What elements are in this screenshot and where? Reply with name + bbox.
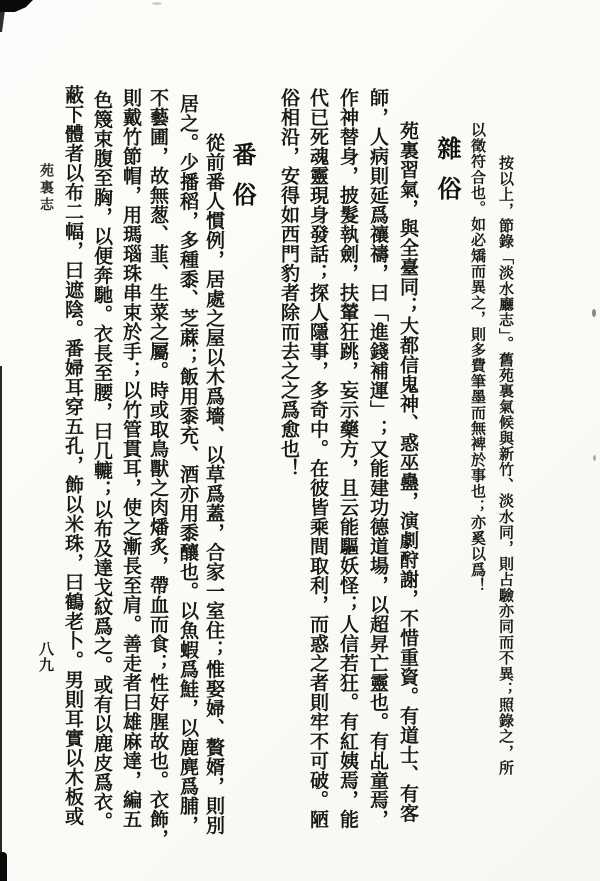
- scan-speck: [593, 455, 596, 461]
- zasu-column-4: 代已死魂靈現身發話；探人隱事，多奇中。在彼皆乘間取利，而惑之者則牢不可破。陋: [308, 88, 327, 829]
- fansu-column-2: 居之。少播稻，多種黍、芝蔴；飯用黍充、酒亦用黍釀也。以魚蝦爲鮭，以鹿麂爲脯，: [178, 94, 197, 835]
- scan-speck: [592, 309, 596, 317]
- scan-artifact-bottom-left: [0, 852, 7, 881]
- fansu-column-6: 蔽下體者以布二幅，曰遮陰。番婦耳穿五孔，飾以米珠，曰鶴老卜。男則耳實以木板或: [63, 85, 82, 826]
- book-page: 按以上，節錄「淡水廳志」。舊苑裏氣候與新竹、淡水同，則占驗亦同而不異；照錄之，所…: [0, 0, 600, 881]
- fansu-column-4: 則戴竹節帽，用瑪瑙珠串束於手；以竹管貫耳，使之漸長至肩。善走者曰雄麻達，編五: [121, 88, 140, 829]
- section-header-zasu: 雜俗: [434, 136, 458, 216]
- scan-speck: [152, 2, 162, 5]
- page-number: 八九: [37, 641, 52, 673]
- zasu-column-2: 師，人病則延爲禳禱，曰「進錢補運」；又能建功德道場，以超昇亡靈也。有乩童焉，: [368, 88, 387, 829]
- scan-artifact-top-left-drip: [0, 10, 5, 32]
- note-column-1: 按以上，節錄「淡水廳志」。舊苑裏氣候與新竹、淡水同，則占驗亦同而不異；照錄之，所: [497, 155, 512, 776]
- section-header-fansu: 番俗: [229, 142, 253, 222]
- zasu-column-1: 苑裏習氣，與全臺同；大都信鬼神、惑巫蠱，演劇酧謝，不惜重資。有道士、有客: [398, 121, 417, 823]
- fansu-column-3: 不藝圃，故無葱、韮、生菜之屬。時或取鳥獸之肉燔炙，帶血而食；性好腥故也。衣飾，: [148, 88, 167, 849]
- zasu-column-5: 俗相沿，安得如西門豹者除而去之之爲愈也！: [279, 88, 298, 478]
- note-column-2: 以徵符合也。如必矯而異之，則多費筆墨而無裨於事也；亦奚以爲！: [469, 122, 484, 593]
- fansu-column-1: 從前番人慣例，居處之屋以木爲墻、以草爲蓋，合家一室住；惟娶婦、贅婿，則別: [204, 133, 223, 835]
- fansu-column-5: 色篾束腹至胸，以便奔馳。衣長至腰，曰几轆；以布及達戈紋爲之。或有以鹿皮爲衣。: [92, 90, 111, 831]
- scan-artifact-left-edge-line: [0, 366, 2, 881]
- zasu-column-3: 作神替身，披髮執劍，扶輦狂跳，妄示藥方，且云能驅妖怪；人信若狂。有紅姨焉，能: [338, 88, 357, 829]
- margin-book-title: 苑裏志: [38, 163, 52, 214]
